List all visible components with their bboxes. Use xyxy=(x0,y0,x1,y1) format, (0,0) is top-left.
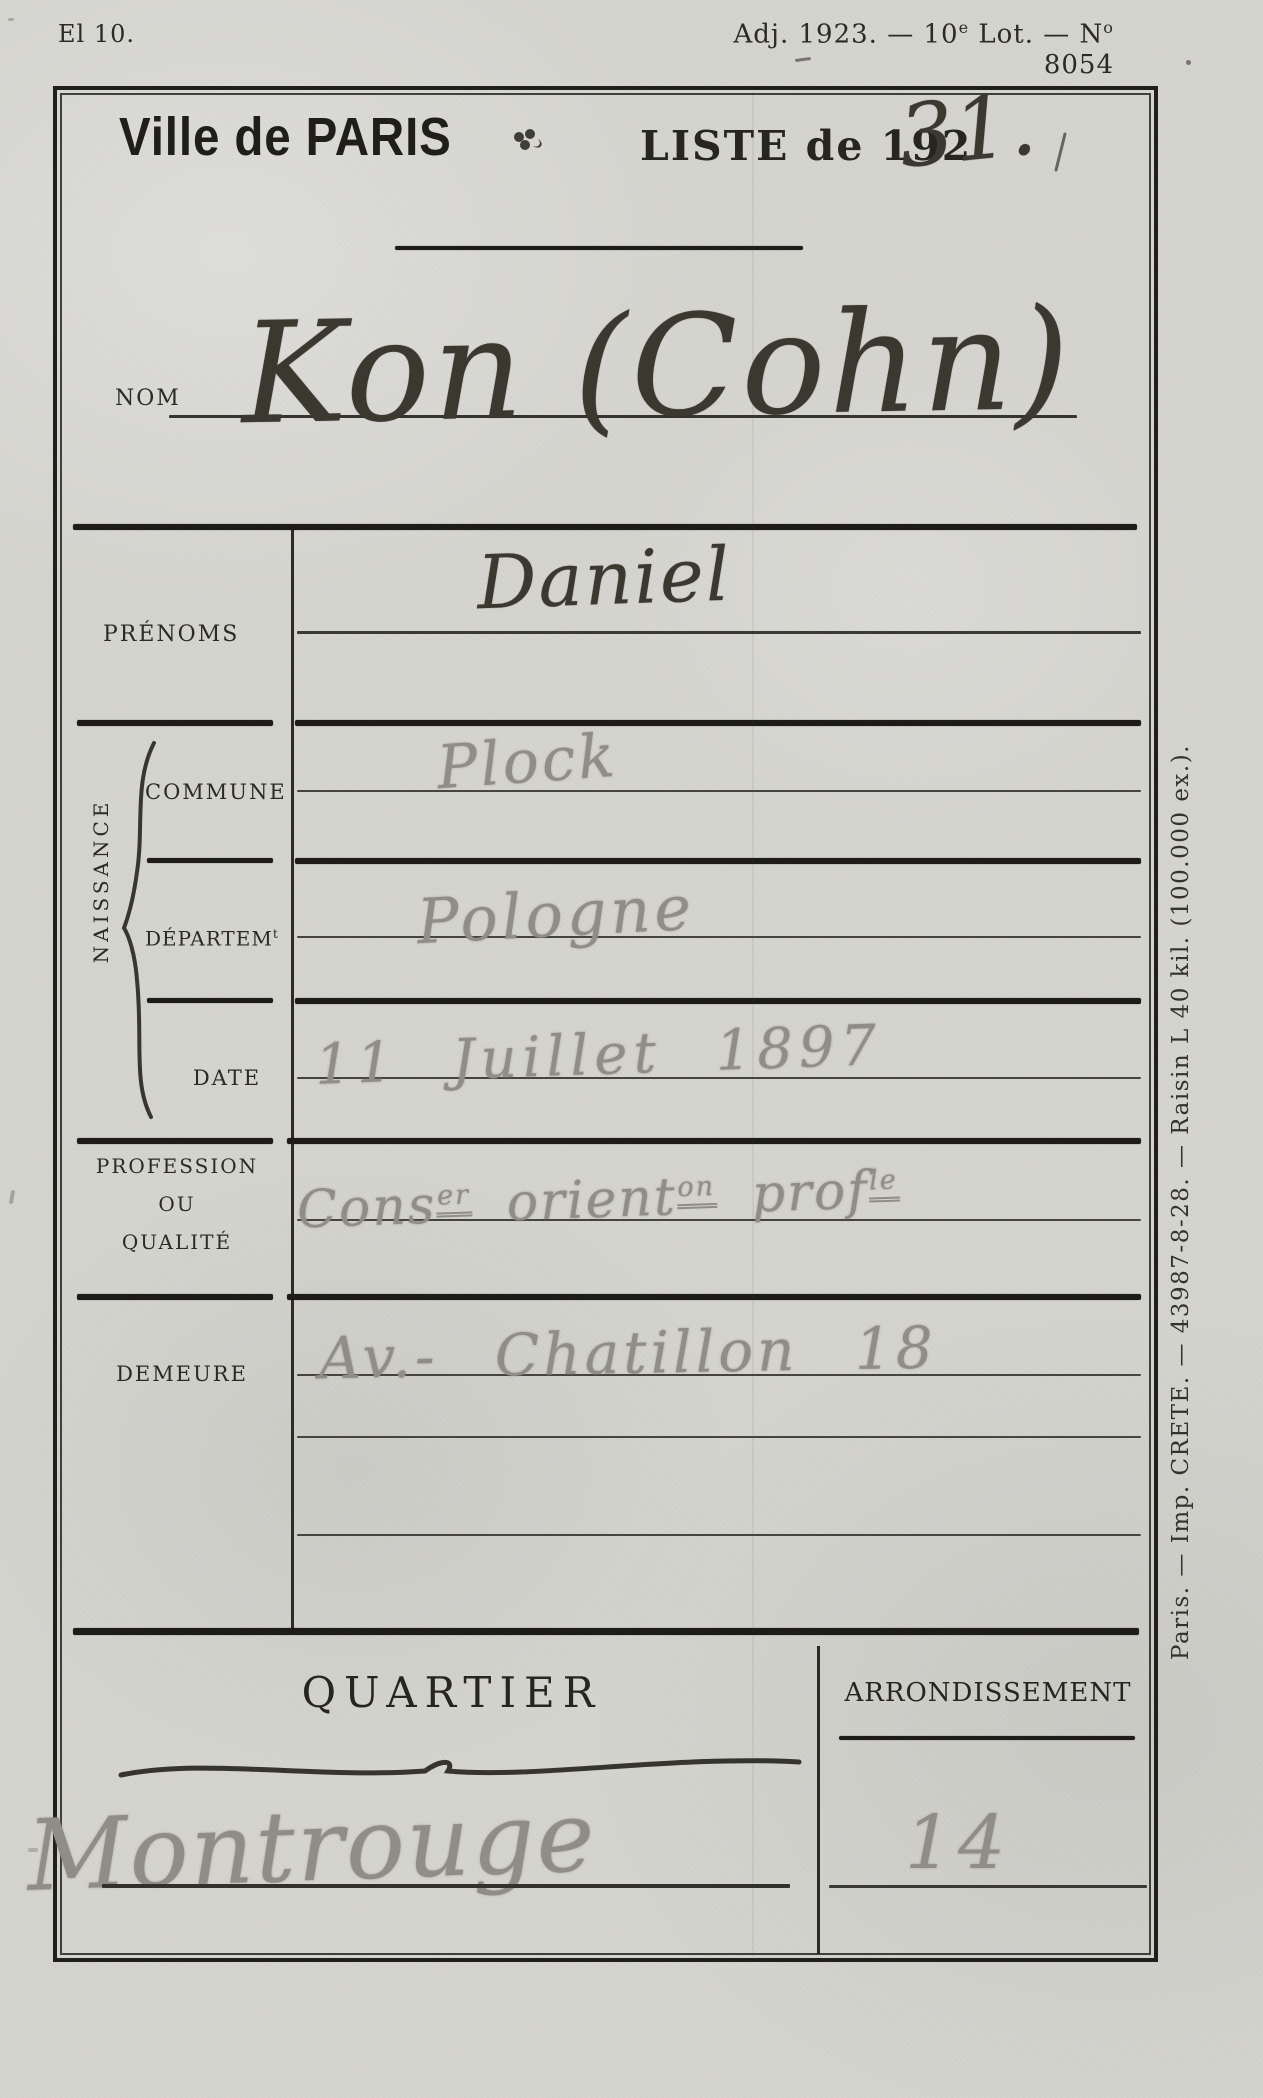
scanned-registration-card: El 10. Adj. 1923. — 10e Lot. — No 8054 V… xyxy=(0,0,1263,2098)
arrondissement-header-rule xyxy=(839,1736,1135,1740)
column-header-quartier: QUARTIER xyxy=(237,1668,667,1717)
group-label-naissance: NAISSANCE xyxy=(89,786,115,976)
superscript-part: er xyxy=(435,1179,472,1217)
field-label-nom: NOM xyxy=(115,386,181,411)
field-label-prenoms: PRÉNOMS xyxy=(103,622,239,647)
fleuron-icon xyxy=(509,128,547,158)
adjudication-code: Adj. 1923. — 10e Lot. — No 8054 xyxy=(690,18,1114,80)
section-rule xyxy=(295,858,1141,864)
field-value-prenoms: Daniel xyxy=(476,538,733,621)
section-rule xyxy=(287,1294,1141,1300)
section-rule xyxy=(295,998,1141,1004)
paper-speck xyxy=(1186,60,1191,65)
title-divider-rule xyxy=(395,246,803,250)
section-rule xyxy=(77,1138,273,1144)
section-rule xyxy=(73,524,1137,530)
superscript-part: on xyxy=(676,1171,718,1209)
arrondissement-writing-line xyxy=(829,1885,1147,1888)
paper-crease xyxy=(752,92,754,1957)
field-value-demeure: Av.- Chatillon 18 xyxy=(319,1319,938,1388)
ink-stray-mark xyxy=(1054,132,1067,172)
field-label-profession: PROFESSION OU QUALITÉ xyxy=(71,1154,283,1254)
section-rule xyxy=(147,998,273,1003)
prenoms-writing-line xyxy=(297,631,1141,634)
field-value-date: 11 Juillet 1897 xyxy=(314,1018,883,1094)
superscript-part: t xyxy=(273,926,279,941)
field-value-quartier: Montrouge xyxy=(25,1788,598,1906)
column-header-arrondissement: ARRONDISSEMENT xyxy=(829,1678,1147,1708)
text-part: Cons xyxy=(296,1176,437,1241)
quartier-column-divider xyxy=(817,1646,820,1954)
section-rule xyxy=(73,1628,1139,1635)
field-label-date: DATE xyxy=(167,1066,287,1090)
city-title: Ville de PARIS xyxy=(119,106,452,168)
superscript-part: o xyxy=(1103,18,1114,37)
label-line: PROFESSION xyxy=(71,1154,283,1178)
superscript-part: e xyxy=(959,18,970,37)
field-label-departement: DÉPARTEMt xyxy=(145,926,279,951)
quartier-writing-line xyxy=(102,1884,790,1888)
blank-writing-line xyxy=(297,1436,1141,1438)
section-rule xyxy=(77,720,273,726)
text-part: Adj. 1923. — 10 xyxy=(734,20,959,50)
quartier-swash-icon xyxy=(115,1748,805,1784)
section-rule xyxy=(77,1294,273,1300)
column-divider xyxy=(291,530,294,1630)
section-rule xyxy=(287,1138,1141,1144)
field-label-commune: COMMUNE xyxy=(145,780,277,804)
commune-writing-line xyxy=(297,790,1141,792)
label-line: OU xyxy=(71,1192,283,1216)
section-rule xyxy=(295,720,1141,726)
field-value-arrondissement: 14 xyxy=(905,1806,1011,1880)
label-line: QUALITÉ xyxy=(71,1230,283,1254)
paper-speck xyxy=(8,18,14,21)
field-value-nom: Kon (Cohn) xyxy=(226,291,1088,446)
text-part: DÉPARTEM xyxy=(145,927,273,951)
series-code: El 10. xyxy=(58,20,135,48)
text-part: Lot. — N xyxy=(969,20,1103,50)
printer-imprint: Paris. — Imp. CRETE. — 43987-8-28. — Rai… xyxy=(1168,615,1194,1660)
handwritten-year: 31. xyxy=(895,81,1040,181)
field-value-departement: Pologne xyxy=(416,877,697,953)
text-part: orient xyxy=(471,1167,677,1234)
card-border: Ville de PARIS LISTE de 192 31. NOM Kon … xyxy=(53,86,1158,1962)
paper-speck xyxy=(9,1190,15,1204)
text-part: 8054 xyxy=(1044,50,1114,80)
blank-writing-line xyxy=(297,1534,1141,1536)
paper-speck xyxy=(28,1848,38,1852)
field-value-commune: Plock xyxy=(435,726,619,798)
field-value-profession: Conser orienton profle xyxy=(296,1163,901,1236)
section-rule xyxy=(147,858,273,863)
superscript-part: le xyxy=(868,1164,901,1202)
field-label-demeure: DEMEURE xyxy=(87,1362,277,1386)
text-part: prof xyxy=(716,1161,869,1226)
